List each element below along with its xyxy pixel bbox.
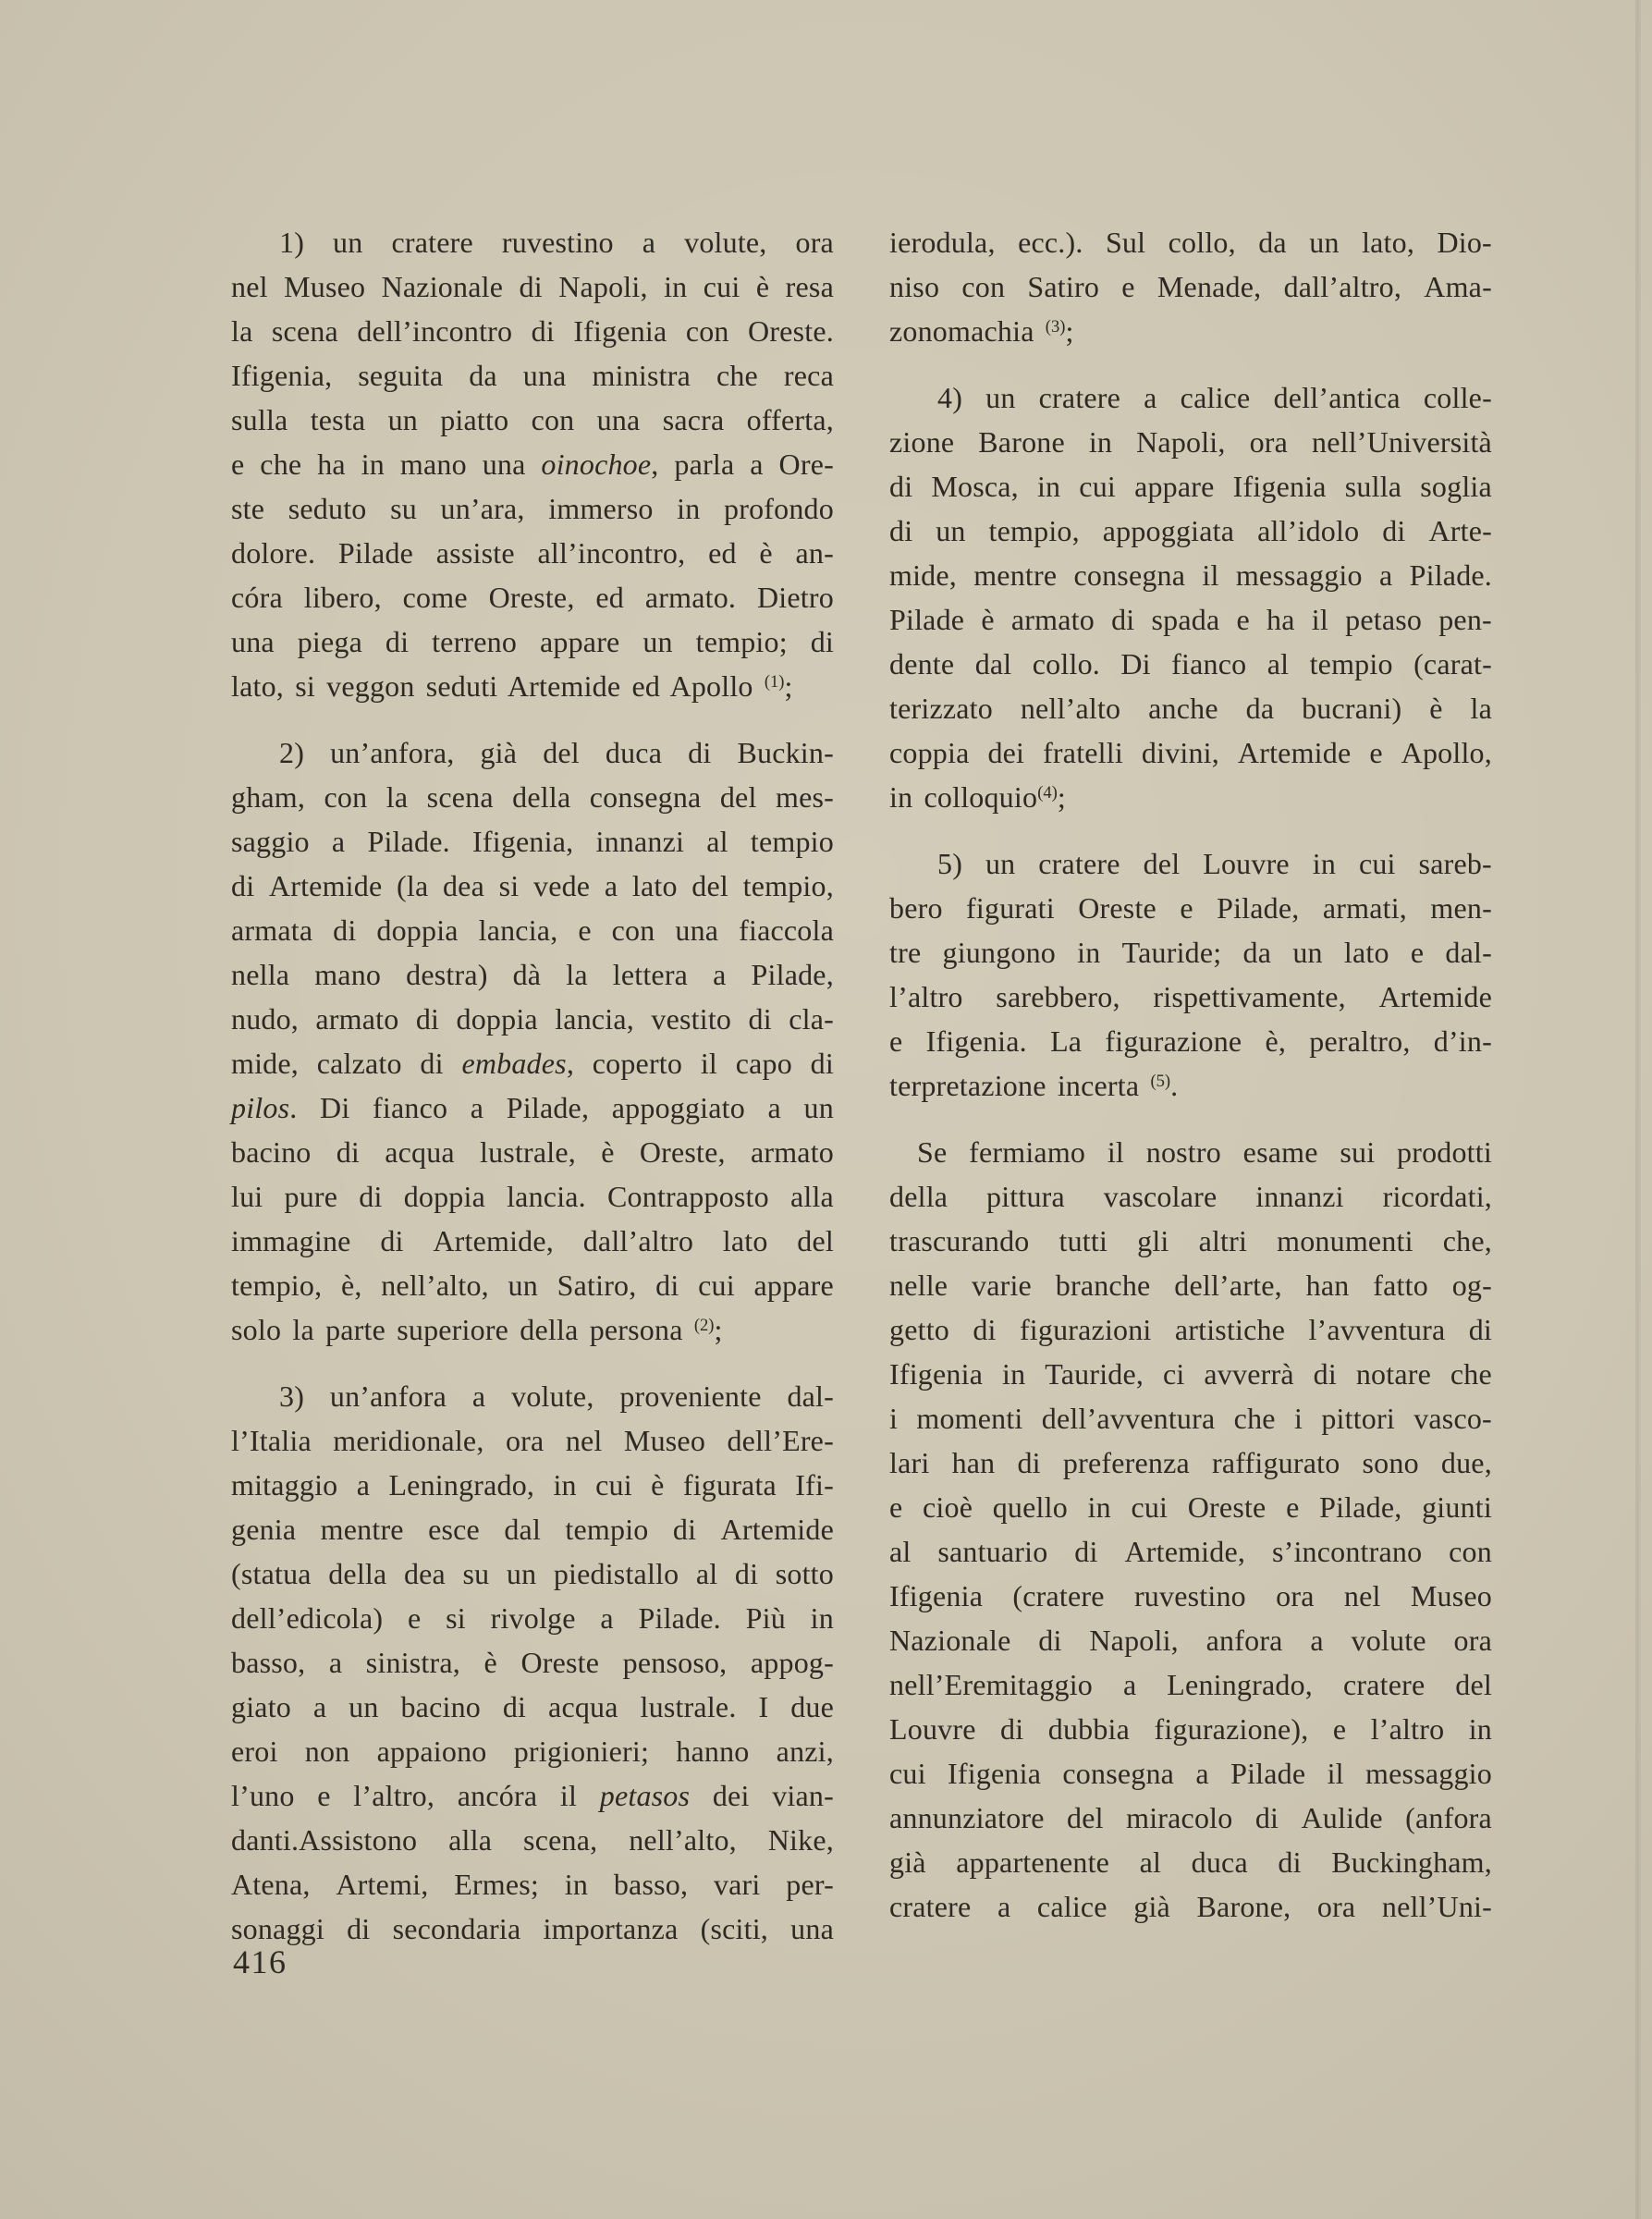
word: lustrale, — [480, 1130, 576, 1174]
word: 2) — [279, 730, 304, 775]
word: a — [1379, 553, 1392, 597]
word: vasco- — [1413, 1396, 1492, 1441]
paragraph: ierodula,ecc.).Sulcollo,daunlato,Dio-nis… — [889, 220, 1492, 353]
word: della — [889, 1174, 948, 1219]
page-scan: 1)uncratereruvestinoavolute,oranelMuseoN… — [0, 0, 1652, 2219]
word: è — [759, 531, 772, 575]
word: tutti — [1059, 1219, 1108, 1263]
word: di — [889, 509, 912, 553]
word: l’altro, — [353, 1773, 434, 1818]
word: di — [811, 619, 834, 664]
word: una — [523, 353, 567, 398]
word: testa — [311, 398, 366, 442]
word: figurazione — [1105, 1019, 1242, 1063]
word: Apollo, — [1401, 730, 1492, 775]
paragraph: 1)uncratereruvestinoavolute,oranelMuseoN… — [231, 220, 834, 708]
word: pensoso, — [623, 1640, 728, 1685]
text-line: immaginediArtemide,dall’altrolatodel — [231, 1219, 834, 1263]
text-line: córalibero,comeOreste,edarmato.Dietro — [231, 575, 834, 619]
word: duca — [1192, 1840, 1248, 1884]
word: in — [664, 264, 687, 309]
word: Museo — [624, 1418, 705, 1463]
word: oinochoe, — [541, 442, 658, 486]
word: con — [612, 908, 655, 952]
word: córa — [231, 575, 283, 619]
word: an- — [796, 531, 834, 575]
word: la — [566, 952, 588, 997]
word: collo. — [1033, 642, 1100, 686]
word: si — [295, 669, 315, 703]
text-line: giatoaunbacinodiacqualustrale.Idue — [231, 1685, 834, 1729]
word: sareb- — [1419, 841, 1492, 886]
word: consegna — [1062, 1751, 1174, 1796]
word: Tauride, — [1045, 1352, 1144, 1396]
word: resa — [786, 264, 834, 309]
word: in — [565, 1862, 588, 1906]
word: Pilade, — [1217, 886, 1299, 930]
word: lui — [231, 1174, 263, 1219]
word: in — [361, 442, 385, 486]
word: Dio- — [1437, 220, 1491, 264]
word: con — [324, 775, 368, 819]
word: spada — [1152, 597, 1220, 642]
word: da — [1243, 930, 1272, 975]
left-column: 1)uncratereruvestinoavolute,oranelMuseoN… — [231, 220, 834, 1951]
word: dente — [889, 642, 954, 686]
word: (1); — [765, 669, 793, 703]
word: nel — [1344, 1574, 1381, 1618]
word: lato — [1344, 930, 1389, 975]
word: di — [420, 1041, 443, 1085]
word: di — [333, 908, 356, 952]
word: all’incontro, — [537, 531, 685, 575]
word: han — [952, 1441, 996, 1485]
word: doppia — [404, 1174, 485, 1219]
word: sinistra, — [366, 1640, 460, 1685]
word: Contrapposto — [607, 1174, 769, 1219]
word: seguita — [358, 353, 443, 398]
word: la — [1470, 686, 1492, 730]
word: non — [305, 1729, 350, 1773]
word: Ifigenia — [573, 309, 667, 353]
word: basso, — [231, 1640, 305, 1685]
word: appoggiata — [1103, 509, 1234, 553]
word: vascolare — [1104, 1174, 1218, 1219]
word: dell’incontro — [357, 309, 512, 353]
word: cla- — [789, 997, 834, 1041]
word: il — [1107, 1130, 1124, 1174]
text-line: (statuadelladeasuunpiedistalloaldisotto — [231, 1551, 834, 1596]
word: fratelli — [1043, 730, 1123, 775]
word: og- — [1452, 1263, 1492, 1307]
word: Barone, — [1197, 1884, 1291, 1929]
word: appartenente — [956, 1840, 1109, 1884]
word: della — [520, 1313, 578, 1346]
word: su — [463, 1551, 490, 1596]
word: cratere — [1343, 1662, 1425, 1707]
word: ste — [231, 486, 264, 531]
word: armati, — [1323, 886, 1407, 930]
text-line: eroinonappaionoprigionieri;hannoanzi, — [231, 1729, 834, 1773]
word: fermiamo — [969, 1130, 1085, 1174]
word: nel — [231, 264, 268, 309]
word: armata — [231, 908, 312, 952]
text-line: cuiIfigeniaconsegnaaPiladeilmessaggio — [889, 1751, 1492, 1796]
word: altri — [1199, 1219, 1248, 1263]
text-line: l’altrosarebbero,rispettivamente,Artemid… — [889, 975, 1492, 1019]
word: pilos. — [231, 1085, 297, 1130]
word: esame — [1243, 1130, 1318, 1174]
word: piega — [298, 619, 362, 664]
word: un — [936, 509, 965, 553]
word: Sul — [1106, 220, 1145, 264]
word: una — [675, 908, 718, 952]
word: a — [1310, 1618, 1323, 1662]
word: appog- — [751, 1640, 834, 1685]
word: di — [337, 1130, 360, 1174]
text-line: Sefermiamoilnostroesamesuiprodotti — [889, 1130, 1492, 1174]
word: a — [750, 442, 763, 486]
text-line: 4)uncratereacalicedell’anticacolle- — [889, 375, 1492, 420]
word: (3); — [1046, 314, 1074, 348]
word: zonomachia — [889, 314, 1034, 348]
word: Artemide — [1238, 730, 1351, 775]
word: (2); — [694, 1313, 723, 1346]
word: lato — [723, 1219, 768, 1263]
word: la — [292, 1313, 314, 1346]
word: sulla — [1345, 464, 1401, 509]
word: tre — [889, 930, 921, 975]
word: cratere — [1039, 375, 1120, 420]
right-column: ierodula,ecc.).Sulcollo,daunlato,Dio-nis… — [889, 220, 1492, 1929]
word: saggio — [231, 819, 310, 864]
word: con — [961, 264, 1005, 309]
word: mes- — [776, 775, 834, 819]
word: peraltro, — [1309, 1019, 1410, 1063]
word: una — [483, 442, 526, 486]
word: nudo, — [231, 997, 299, 1041]
word: volute, — [511, 1374, 593, 1418]
word: nell’alto — [1021, 686, 1120, 730]
word: parte — [325, 1313, 385, 1346]
text-line: unapiegaditerrenoappareuntempio;di — [231, 619, 834, 664]
text-line: danti.Assistonoallascena,nell’alto,Nike, — [231, 1818, 834, 1862]
word: nel — [566, 1418, 603, 1463]
word: Pilade — [889, 597, 964, 642]
word: getto — [889, 1307, 949, 1352]
word: proveniente — [619, 1374, 761, 1418]
word: una — [790, 1906, 834, 1951]
word: Pilade. — [639, 1596, 721, 1640]
word: armato. — [645, 575, 736, 619]
word: in — [1088, 1485, 1111, 1529]
word: anfora — [1206, 1618, 1283, 1662]
paragraph: 3)un’anforaavolute,provenientedal-l’Ital… — [231, 1374, 834, 1951]
word: lettera — [613, 952, 688, 997]
word: una — [597, 398, 641, 442]
word: e — [231, 442, 244, 486]
word: I — [758, 1685, 768, 1729]
word: varie — [972, 1263, 1032, 1307]
word: appaiono — [377, 1729, 487, 1773]
word: armato — [1011, 597, 1095, 642]
word: (anfora — [1405, 1796, 1492, 1840]
word: Oreste — [520, 1640, 599, 1685]
word: e — [1333, 1707, 1346, 1751]
word: 1) — [279, 220, 304, 264]
word: con — [686, 309, 729, 353]
word: trascurando — [889, 1219, 1029, 1263]
word: fiaccola — [739, 908, 834, 952]
word: Pilade — [1230, 1751, 1305, 1796]
text-line: larihandipreferenzaraffiguratosonodue, — [889, 1441, 1492, 1485]
text-line: dellapitturavascolareinnanziricordati, — [889, 1174, 1492, 1219]
word: lari — [889, 1441, 929, 1485]
word: Ifi- — [795, 1463, 834, 1507]
word: libero, — [304, 575, 382, 619]
word: tempio — [751, 819, 834, 864]
word: eroi — [231, 1729, 278, 1773]
text-line: IfigeniainTauride,ciavverràdinotareche — [889, 1352, 1492, 1396]
word: di — [520, 264, 543, 309]
word: Nike, — [768, 1818, 834, 1862]
word: consegna — [1074, 553, 1186, 597]
word: da — [1246, 686, 1275, 730]
text-line: terizzatonell’altoanchedabucrani)èla — [889, 686, 1492, 730]
word: acqua — [548, 1685, 618, 1729]
paragraph: 4)uncratereacalicedell’anticacolle-zione… — [889, 375, 1492, 819]
word: Artemide, — [433, 1219, 554, 1263]
word: in — [1077, 930, 1100, 975]
word: superiore — [397, 1313, 508, 1346]
paragraph: Sefermiamoilnostroesamesuiprodottidellap… — [889, 1130, 1492, 1929]
word: ruvestino — [1134, 1574, 1246, 1618]
word: Ifigenia, — [231, 353, 332, 398]
word: vestito — [651, 997, 731, 1041]
word: destra) — [406, 952, 487, 997]
word: è — [981, 597, 994, 642]
word: un — [985, 375, 1015, 420]
word: ci — [1163, 1352, 1185, 1396]
text-line: nelMuseoNazionalediNapoli,incuièresa — [231, 264, 834, 309]
word: del — [797, 1219, 834, 1263]
word: dal- — [787, 1374, 834, 1418]
word: seduto — [288, 486, 367, 531]
word: da — [469, 353, 497, 398]
word: appare — [540, 619, 619, 664]
word: (la — [397, 864, 428, 908]
word: Pilade, — [507, 1085, 589, 1130]
word: danti.Assistono — [231, 1818, 417, 1862]
word: vede — [533, 864, 590, 908]
word: al — [1140, 1840, 1162, 1884]
word: ministra — [593, 353, 691, 398]
word: ora — [1276, 1574, 1314, 1618]
word: e — [317, 1773, 330, 1818]
word: profondo — [724, 486, 834, 531]
word: ora — [1454, 1618, 1492, 1662]
word: e — [1286, 1485, 1299, 1529]
word: sacra — [663, 398, 725, 442]
word: mentre — [321, 1507, 404, 1551]
word: un — [508, 1263, 538, 1307]
text-line: 2)un’anfora,giàdelducadiBuckin- — [231, 730, 834, 775]
word: branche — [1056, 1263, 1151, 1307]
word: duca — [606, 730, 662, 775]
word: capo — [736, 1041, 792, 1085]
word: è, — [341, 1263, 362, 1307]
word: bucrani) — [1302, 686, 1401, 730]
word: si — [499, 864, 520, 908]
word: Buckin- — [737, 730, 834, 775]
word: vian- — [772, 1773, 834, 1818]
text-line: nellamanodestra)dàlaletteraaPilade, — [231, 952, 834, 997]
word: soglia — [1420, 464, 1492, 509]
word: che, — [1443, 1219, 1492, 1263]
text-line: Ifigenia,seguitadaunaministrachereca — [231, 353, 834, 398]
word: cui — [1359, 841, 1396, 886]
word: Louvre — [1203, 841, 1290, 886]
word: con — [532, 398, 575, 442]
word: piatto — [440, 398, 508, 442]
word: un — [388, 398, 418, 442]
word: e — [1369, 730, 1382, 775]
word: la — [231, 309, 253, 353]
word: immerso — [548, 486, 653, 531]
word: dal — [504, 1507, 541, 1551]
word: fatto — [1373, 1263, 1428, 1307]
text-line: nell’EremitaggioaLeningrado,crateredel — [889, 1662, 1492, 1707]
word: da — [1258, 220, 1287, 264]
word: il — [1312, 597, 1328, 642]
text-line: giàappartenentealducadiBuckingham, — [889, 1840, 1492, 1884]
word: sulla — [231, 398, 288, 442]
text-line: dolore.Piladeassisteall’incontro,edèan- — [231, 531, 834, 575]
page-edge-shadow — [1635, 0, 1641, 2219]
word: consegna — [590, 775, 702, 819]
word: ed — [595, 575, 624, 619]
word: colle- — [1424, 375, 1492, 420]
word: monumenti — [1277, 1219, 1413, 1263]
word: figurazioni — [1020, 1307, 1152, 1352]
word: Dietro — [757, 575, 834, 619]
word: di — [416, 997, 439, 1041]
word: Ifigenia — [1233, 464, 1327, 509]
word: il — [701, 1041, 717, 1085]
text-line: Atena,Artemi,Ermes;inbasso,variper- — [231, 1862, 834, 1906]
word: tempio, — [231, 1263, 322, 1307]
word: Napoli, — [558, 264, 648, 309]
word: Oreste, — [489, 575, 575, 619]
word: offerta, — [747, 398, 834, 442]
word: in — [1002, 1352, 1025, 1396]
text-line: alsantuariodiArtemide,s’incontranocon — [889, 1529, 1492, 1574]
text-line: basso,asinistra,èOrestepensoso,appog- — [231, 1640, 834, 1685]
text-line: pilos.DifiancoaPilade,appoggiatoaun — [231, 1085, 834, 1130]
word: volute, — [684, 220, 766, 264]
word: figurati — [966, 886, 1055, 930]
word: lato — [632, 864, 678, 908]
word: Nazionale — [382, 264, 504, 309]
word: acqua — [385, 1130, 455, 1174]
word: in — [811, 1596, 834, 1640]
word: bacino — [400, 1685, 481, 1729]
word: della — [328, 1551, 386, 1596]
word: appare — [753, 1263, 833, 1307]
word: lancia. — [507, 1174, 586, 1219]
text-line: echehainmanounaoinochoe,parlaaOre- — [231, 442, 834, 486]
word: cratere — [1038, 841, 1120, 886]
text-line: solo la parte superiore della persona (2… — [231, 1307, 834, 1352]
text-line: sullatestaunpiattoconunasacraofferta, — [231, 398, 834, 442]
word: a — [997, 1884, 1010, 1929]
word: fianco — [373, 1085, 447, 1130]
word: zione — [889, 420, 954, 464]
text-line: luipuredidoppialancia.Contrappostoalla — [231, 1174, 834, 1219]
word: del — [1144, 841, 1181, 886]
word: e — [1180, 886, 1193, 930]
word: di — [231, 864, 254, 908]
word: notare — [1356, 1352, 1431, 1396]
word: Ifigenia — [948, 1751, 1041, 1796]
word: ha — [317, 442, 346, 486]
text-line: cratereacalicegiàBarone,oranell’Uni- — [889, 1884, 1492, 1929]
word: è — [484, 1640, 497, 1685]
text-line: nisoconSatiroeMenade,dall’altro,Ama- — [889, 264, 1492, 309]
word: è, — [1265, 1019, 1286, 1063]
word: di — [889, 464, 912, 509]
text-line: zonomachia (3); — [889, 309, 1492, 353]
word: un — [985, 841, 1015, 886]
text-line: geniamentreescedaltempiodiArtemide — [231, 1507, 834, 1551]
word: ed — [708, 531, 737, 575]
word: l’avventura — [1308, 1307, 1445, 1352]
word: incerta — [1058, 1069, 1139, 1102]
word: dei — [987, 730, 1024, 775]
word: in — [1037, 464, 1060, 509]
word: secondaria — [393, 1906, 521, 1951]
text-line: zioneBaroneinNapoli,oranell’Università — [889, 420, 1492, 464]
text-line: berofiguratiOresteePilade,armati,men- — [889, 886, 1492, 930]
word: rispettivamente, — [1153, 975, 1345, 1019]
word: del — [1455, 1662, 1492, 1707]
word: armato — [315, 997, 398, 1041]
word: Barone — [978, 420, 1065, 464]
word: sui — [1340, 1130, 1375, 1174]
word: (statua — [231, 1551, 312, 1596]
word: mano — [400, 442, 467, 486]
word: in — [889, 780, 912, 814]
word: coppia — [889, 730, 970, 775]
word: a — [605, 864, 618, 908]
word: Atena, — [231, 1862, 311, 1906]
word: Pilade. — [1410, 553, 1492, 597]
word: nell’Università — [1312, 420, 1492, 464]
word: ierodula, — [889, 220, 996, 264]
text-line: Louvredidubbiafigurazione),el’altroin — [889, 1707, 1492, 1751]
word: 5) — [937, 841, 962, 886]
word: Oreste — [1188, 1485, 1267, 1529]
text-line: trascurandotuttiglialtrimonumentiche, — [889, 1219, 1492, 1263]
word: gli — [1137, 1219, 1169, 1263]
word: doppia — [376, 908, 458, 952]
word: piedistallo — [554, 1551, 679, 1596]
page-number: 416 — [233, 1940, 288, 1984]
word: di — [1038, 1618, 1061, 1662]
word: preferenza — [1063, 1441, 1190, 1485]
word: vari — [714, 1862, 761, 1906]
word: la — [386, 775, 409, 819]
